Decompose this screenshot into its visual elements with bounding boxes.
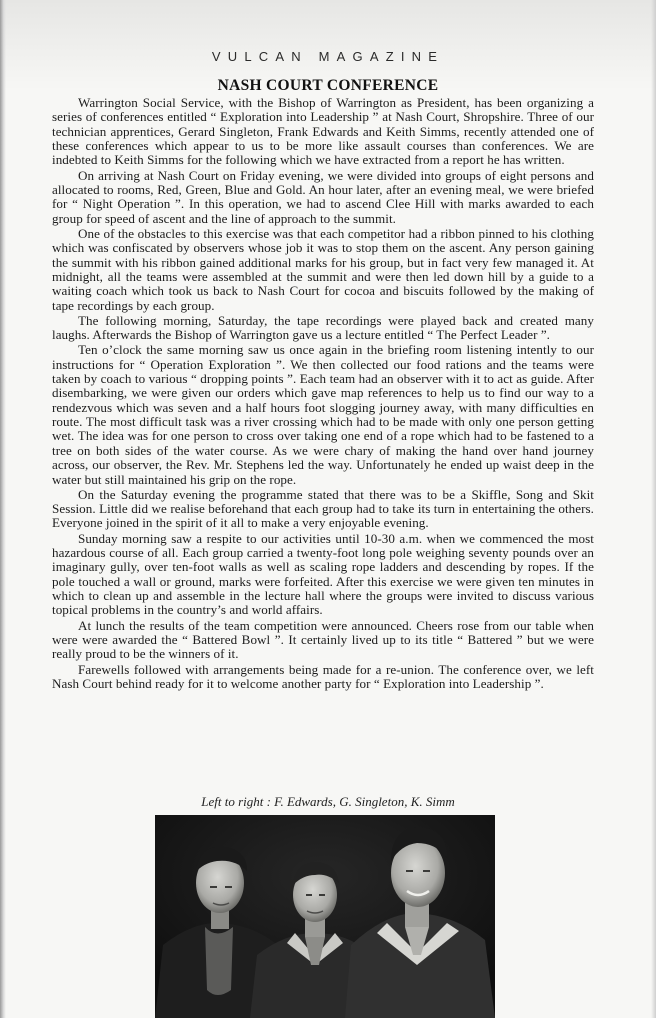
article-paragraph: Farewells followed with arrangements bei… [52,663,594,692]
article-paragraph: The following morning, Saturday, the tap… [52,314,594,343]
article-paragraph: Sunday morning saw a respite to our acti… [52,532,594,618]
group-photo [155,815,495,1018]
article-paragraph: Warrington Social Service, with the Bish… [52,96,594,168]
page-edge-shadow [651,0,656,1018]
article-title: NASH COURT CONFERENCE [0,77,656,95]
article-paragraph: At lunch the results of the team competi… [52,619,594,662]
article-paragraph: On arriving at Nash Court on Friday even… [52,169,594,226]
magazine-masthead: VULCAN MAGAZINE [0,49,656,64]
group-photo-illustration [155,815,495,1018]
photo-caption: Left to right : F. Edwards, G. Singleton… [0,794,656,810]
page-gutter-shadow [0,0,6,1018]
article-body: Warrington Social Service, with the Bish… [52,96,594,692]
article-paragraph: One of the obstacles to this exercise wa… [52,227,594,313]
article-paragraph: On the Saturday evening the programme st… [52,488,594,531]
article-paragraph: Ten o’clock the same morning saw us once… [52,343,594,486]
